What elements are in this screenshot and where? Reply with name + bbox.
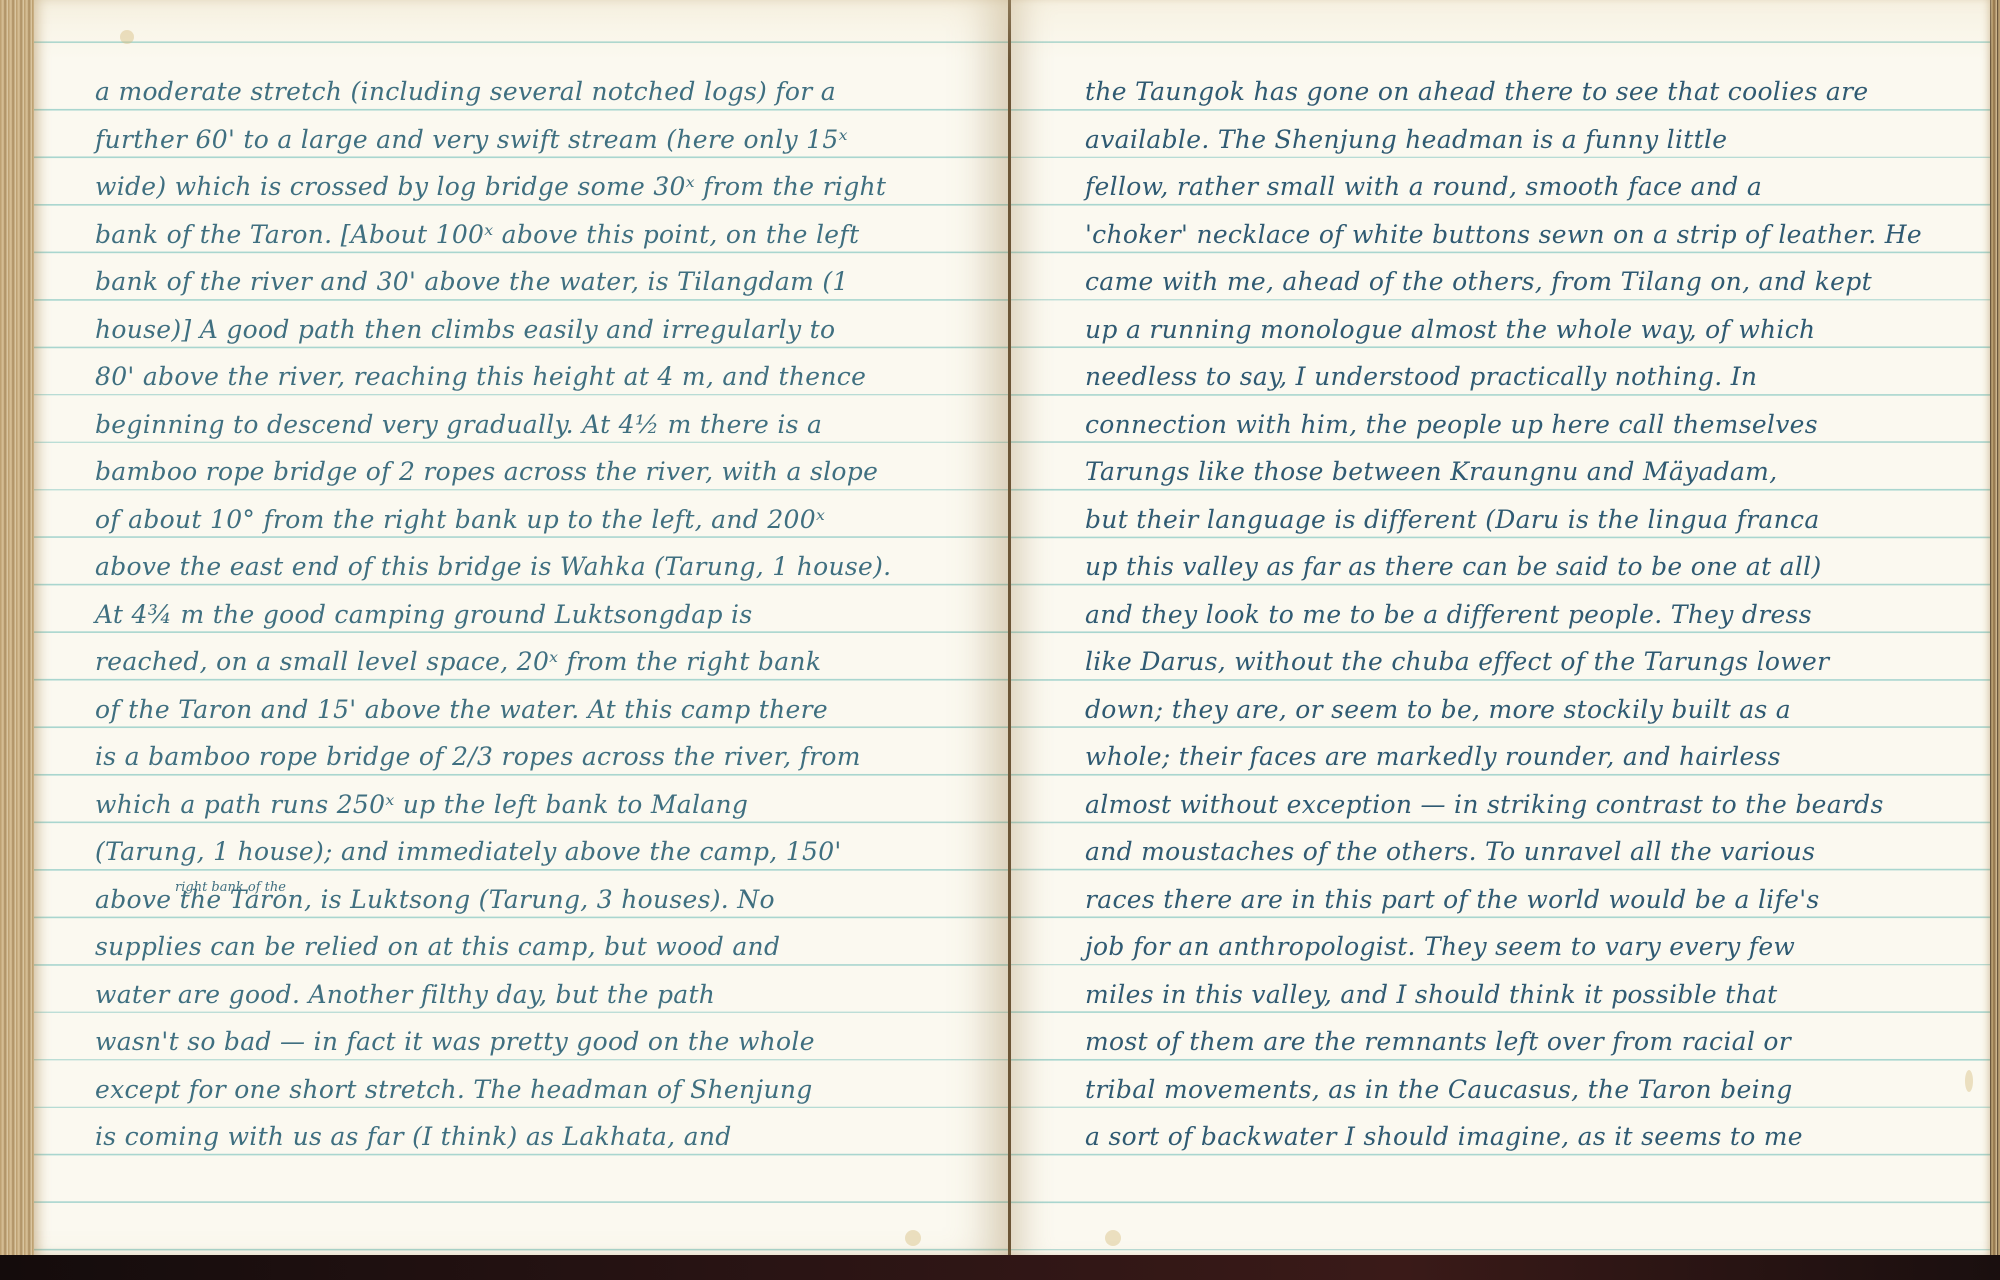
foxing-spot bbox=[1105, 1230, 1121, 1246]
text-line: most of them are the remnants left over … bbox=[1085, 1018, 1975, 1066]
text-line: up this valley as far as there can be sa… bbox=[1085, 543, 1975, 591]
text-line: 80' above the river, reaching this heigh… bbox=[95, 353, 985, 401]
background-surface bbox=[0, 1255, 2000, 1280]
text-line: fellow, rather small with a round, smoot… bbox=[1085, 163, 1975, 211]
text-line: a sort of backwater I should imagine, as… bbox=[1085, 1113, 1975, 1161]
text-line: whole; their faces are markedly rounder,… bbox=[1085, 733, 1975, 781]
page-stack-edge-left bbox=[0, 0, 36, 1258]
text-line: 'choker' necklace of white buttons sewn … bbox=[1085, 211, 1975, 259]
text-line: Tarungs like those between Kraungnu and … bbox=[1085, 448, 1975, 496]
text-line: came with me, ahead of the others, from … bbox=[1085, 258, 1975, 306]
text-line: except for one short stretch. The headma… bbox=[95, 1066, 985, 1114]
text-line: house)] A good path then climbs easily a… bbox=[95, 306, 985, 354]
text-line: further 60' to a large and very swift st… bbox=[95, 116, 985, 164]
text-line: job for an anthropologist. They seem to … bbox=[1085, 923, 1975, 971]
text-line: of the Taron and 15' above the water. At… bbox=[95, 686, 985, 734]
text-line: which a path runs 250ˣ up the left bank … bbox=[95, 781, 985, 829]
notebook-gutter bbox=[1008, 0, 1011, 1255]
text-line: bank of the river and 30' above the wate… bbox=[95, 258, 985, 306]
page-stack-edge-right bbox=[1990, 0, 2000, 1258]
text-line: connection with him, the people up here … bbox=[1085, 401, 1975, 449]
text-line: bamboo rope bridge of 2 ropes across the… bbox=[95, 448, 985, 496]
text-line: water are good. Another filthy day, but … bbox=[95, 971, 985, 1019]
text-line: races there are in this part of the worl… bbox=[1085, 876, 1975, 924]
right-page-text: the Taungok has gone on ahead there to s… bbox=[1085, 80, 1975, 1173]
foxing-spot bbox=[905, 1230, 921, 1246]
left-page-text: a moderate stretch (including several no… bbox=[95, 80, 985, 1173]
text-line: like Darus, without the chuba effect of … bbox=[1085, 638, 1975, 686]
text-line: up a running monologue almost the whole … bbox=[1085, 306, 1975, 354]
text-line: and they look to me to be a different pe… bbox=[1085, 591, 1975, 639]
text-line: above the east end of this bridge is Wah… bbox=[95, 543, 985, 591]
text-line: down; they are, or seem to be, more stoc… bbox=[1085, 686, 1975, 734]
text-line: bank of the Taron. [About 100ˣ above thi… bbox=[95, 211, 985, 259]
text-line: the Taungok has gone on ahead there to s… bbox=[1085, 68, 1975, 116]
text-line: almost without exception — in striking c… bbox=[1085, 781, 1975, 829]
text-line: wasn't so bad — in fact it was pretty go… bbox=[95, 1018, 985, 1066]
text-line: a moderate stretch (including several no… bbox=[95, 68, 985, 116]
text-line: needless to say, I understood practicall… bbox=[1085, 353, 1975, 401]
text-line: of about 10° from the right bank up to t… bbox=[95, 496, 985, 544]
text-line: At 4¾ m the good camping ground Luktsong… bbox=[95, 591, 985, 639]
text-line: supplies can be relied on at this camp, … bbox=[95, 923, 985, 971]
text-line: is a bamboo rope bridge of 2/3 ropes acr… bbox=[95, 733, 985, 781]
paper-aging-tint bbox=[34, 0, 1992, 60]
text-line: (Tarung, 1 house); and immediately above… bbox=[95, 828, 985, 876]
text-line: reached, on a small level space, 20ˣ fro… bbox=[95, 638, 985, 686]
text-line: available. The Shenjung headman is a fun… bbox=[1085, 116, 1975, 164]
interlinear-insertion: right bank of the bbox=[175, 880, 286, 895]
text-line: beginning to descend very gradually. At … bbox=[95, 401, 985, 449]
text-line: tribal movements, as in the Caucasus, th… bbox=[1085, 1066, 1975, 1114]
text-line: miles in this valley, and I should think… bbox=[1085, 971, 1975, 1019]
foxing-spot bbox=[120, 30, 134, 44]
text-line: wide) which is crossed by log bridge som… bbox=[95, 163, 985, 211]
text-line: and moustaches of the others. To unravel… bbox=[1085, 828, 1975, 876]
text-line: but their language is different (Daru is… bbox=[1085, 496, 1975, 544]
text-line: is coming with us as far (I think) as La… bbox=[95, 1113, 985, 1161]
